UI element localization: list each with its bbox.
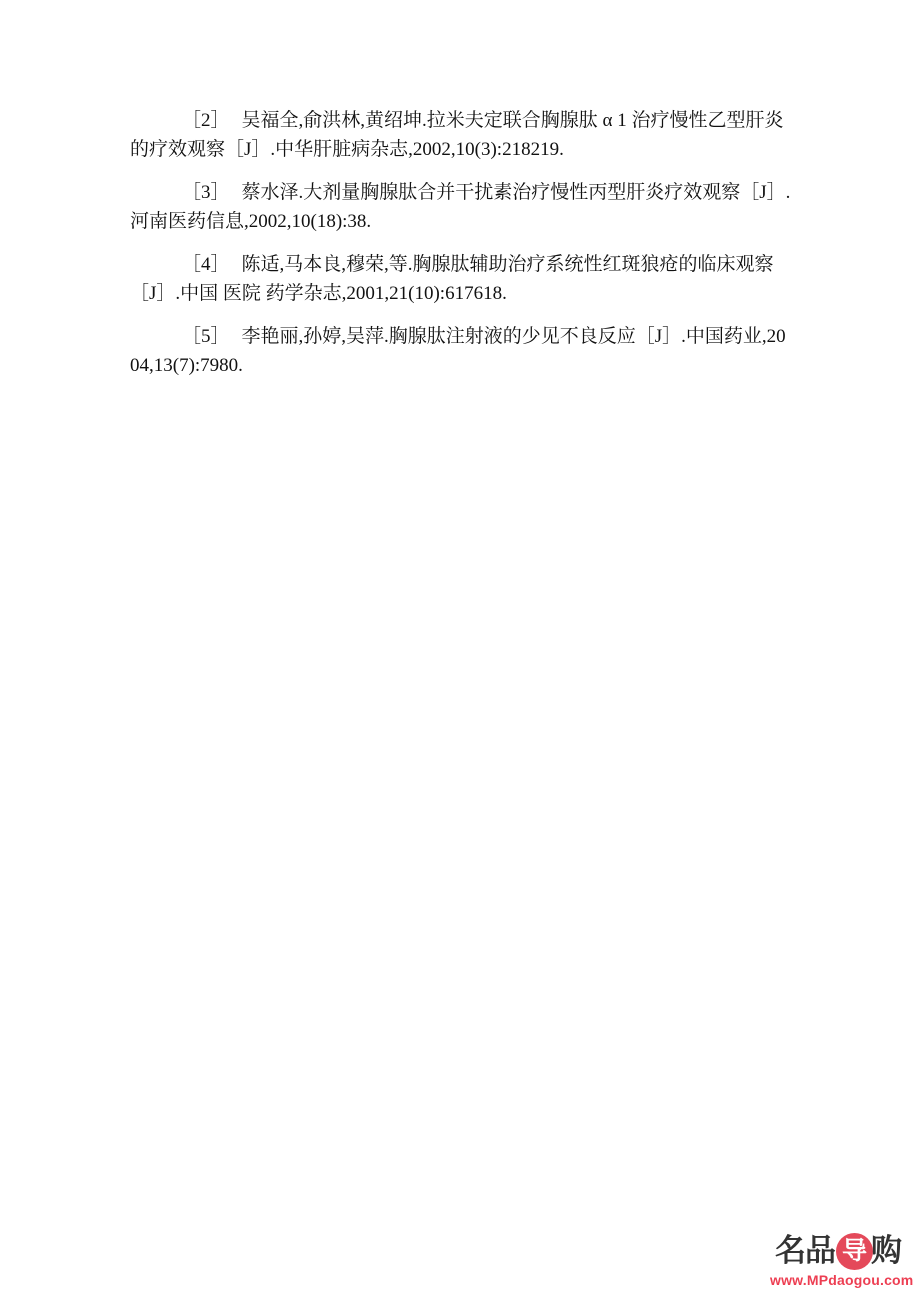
logo-text-left: 名品 [775, 1231, 835, 1271]
reference-label: ［2］ [182, 110, 230, 131]
watermark-logo: 名品 导 购 www.MPdaogou.com [770, 1231, 906, 1288]
reference-list: ［2］吴福全,俞洪林,黄绍坤.拉米夫定联合胸腺肽 α 1 治疗慢性乙型肝炎的疗效… [130, 106, 794, 394]
reference-label: ［3］ [182, 182, 230, 203]
logo-text-right: 购 [871, 1231, 901, 1271]
watermark-url: www.MPdaogou.com [770, 1272, 906, 1288]
document-page: ［2］吴福全,俞洪林,黄绍坤.拉米夫定联合胸腺肽 α 1 治疗慢性乙型肝炎的疗效… [0, 0, 920, 1302]
reference-item-2: ［2］吴福全,俞洪林,黄绍坤.拉米夫定联合胸腺肽 α 1 治疗慢性乙型肝炎的疗效… [130, 106, 794, 164]
logo-circle-character: 导 [842, 1233, 867, 1270]
watermark-logo-characters: 名品 导 购 [770, 1231, 906, 1271]
reference-label: ［5］ [182, 326, 230, 347]
reference-item-4: ［4］陈适,马本良,穆荣,等.胸腺肽辅助治疗系统性红斑狼疮的临床观察［J］.中国… [130, 250, 794, 308]
reference-label: ［4］ [182, 254, 230, 275]
reference-item-3: ［3］蔡水泽.大剂量胸腺肽合并干扰素治疗慢性丙型肝炎疗效观察［J］.河南医药信息… [130, 178, 794, 236]
reference-item-5: ［5］李艳丽,孙婷,吴萍.胸腺肽注射液的少见不良反应［J］.中国药业,2004,… [130, 322, 794, 380]
logo-red-circle-icon: 导 [836, 1233, 873, 1270]
